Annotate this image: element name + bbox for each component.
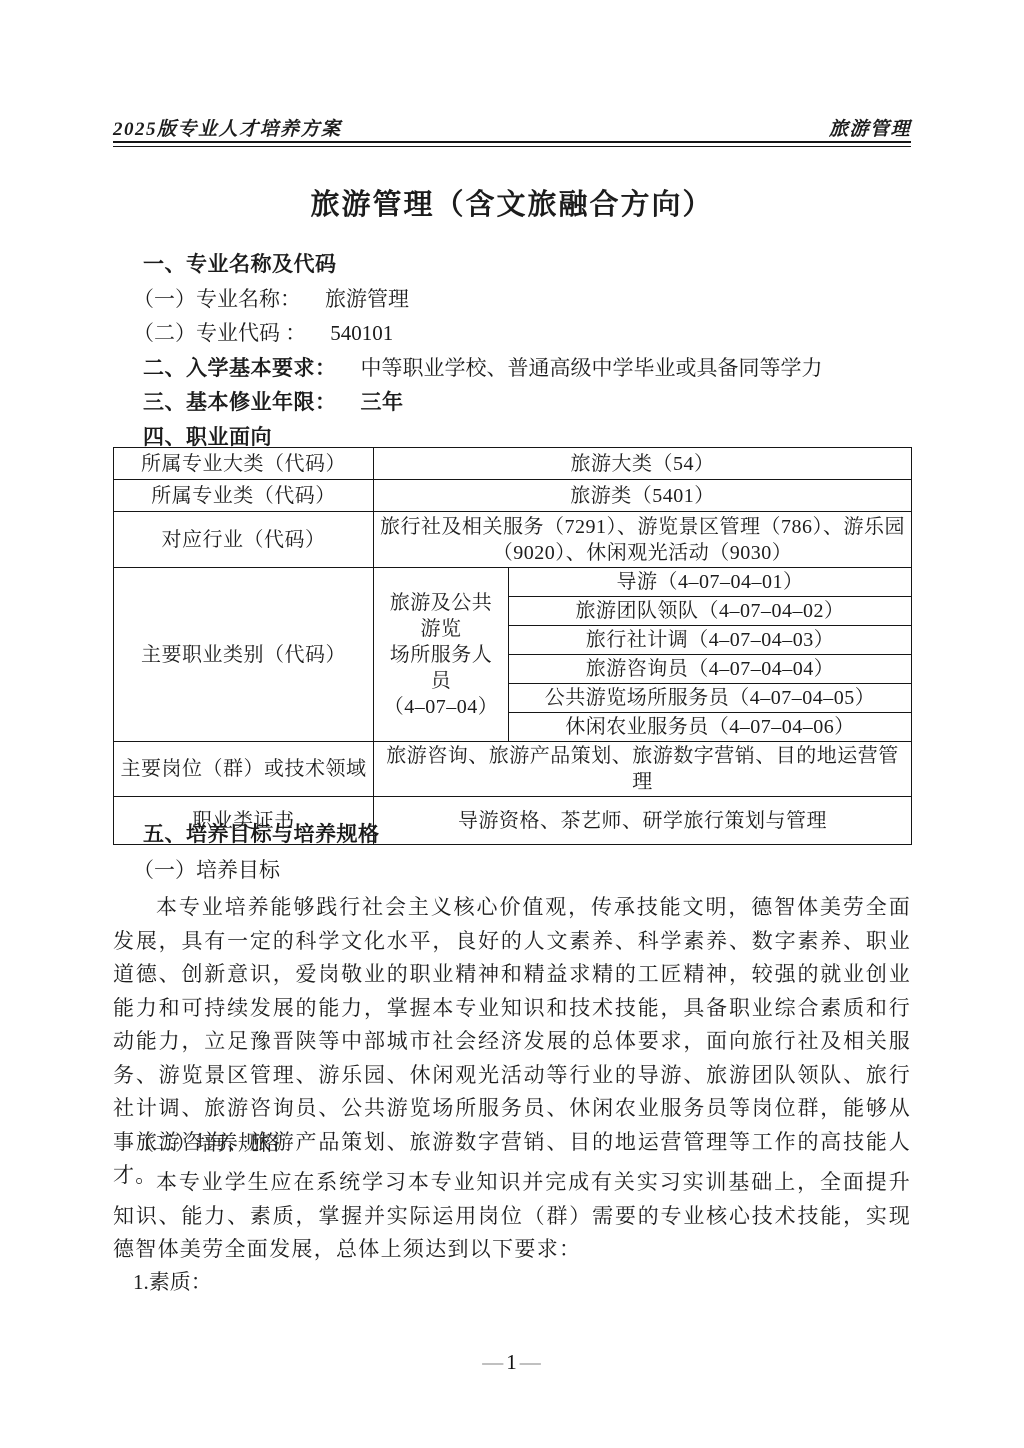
document-title: 旅游管理（含文旅融合方向） [0,182,1024,223]
major-category-value-cell: 旅游大类（54） [374,448,912,480]
category-value-cell: 旅游类（5401） [374,480,912,512]
major-code-label: （二）专业代码 ： [133,321,306,345]
major-category-label-cell: 所属专业大类（代码） [114,448,374,480]
table-row: 主要岗位（群）或技术领域 旅游咨询、旅游产品策划、旅游数字营销、目的地运营管理 [114,742,912,797]
header-double-rule [113,141,911,147]
major-name-value: 旅游管理 [325,287,409,312]
table-row: 主要职业类别（代码） 旅游及公共游览 场所服务人员 （4–07–04） 导游（4… [114,568,912,597]
occupation-item-cell: 旅行社计调（4–07–04–03） [509,626,912,655]
study-years-value: 三年 [361,390,404,415]
occupation-item-cell: 公共游览场所服务员（4–07–04–05） [509,684,912,713]
occupation-group-cell: 旅游及公共游览 场所服务人员 （4–07–04） [374,568,509,742]
occupation-item-cell: 导游（4–07–04–01） [509,568,912,597]
training-spec-subheading: （二）培养规格 [113,1131,931,1156]
table-row: 对应行业（代码） 旅行社及相关服务（7291）、游览景区管理（786）、游乐园（… [114,512,912,568]
major-name-label: （一）专业名称： [133,287,301,311]
page-number-dash: — [482,1350,504,1374]
career-orientation-table: 所属专业大类（代码） 旅游大类（54） 所属专业类（代码） 旅游类（5401） … [113,447,912,845]
occupation-group-line: 场所服务人员 [380,642,502,694]
training-goal-subheading: （一）培养目标 [113,858,931,883]
occupation-item-cell: 旅游团队领队（4–07–04–02） [509,597,912,626]
entry-requirement-value: 中等职业学校、普通高级中学毕业或具备同等学力 [361,356,823,381]
major-code-line: （二）专业代码 ：540101 [113,321,931,346]
posts-value-cell: 旅游咨询、旅游产品策划、旅游数字营销、目的地运营管理 [374,742,912,797]
section-2-line: 二、入学基本要求：中等职业学校、普通高级中学毕业或具备同等学力 [113,356,941,381]
occupation-group-line: 旅游及公共游览 [380,590,502,642]
occupation-group-line: （4–07–04） [380,694,502,720]
study-years-label: 三、基本修业年限： [143,391,337,414]
training-spec-paragraph: 本专业学生应在系统学习本专业知识并完成有关实习实训基础上，全面提升知识、能力、素… [113,1166,911,1267]
posts-label-cell: 主要岗位（群）或技术领域 [114,742,374,797]
header-right-running-title: 旅游管理 [829,114,911,141]
section-3-line: 三、基本修业年限：三年 [113,390,941,415]
occupation-item-cell: 旅游咨询员（4–07–04–04） [509,655,912,684]
page-number-footer: —1— [0,1350,1024,1375]
page-header: 2025版专业人才培养方案 旅游管理 [113,114,911,141]
section-5-heading: 五、培养目标与培养规格 [113,822,941,847]
entry-requirement-label: 二、入学基本要求： [143,357,337,380]
quality-list-item: 1.素质： [113,1270,931,1295]
section-1-heading: 一、专业名称及代码 [113,252,941,277]
occupation-item-cell: 休闲农业服务员（4–07–04–06） [509,713,912,742]
table-row: 所属专业大类（代码） 旅游大类（54） [114,448,912,480]
major-code-value: 540101 [330,321,393,346]
major-name-line: （一）专业名称：旅游管理 [113,287,931,312]
page-number-dash: — [520,1350,542,1374]
page-number: 1 [504,1350,520,1374]
category-label-cell: 所属专业类（代码） [114,480,374,512]
industry-value-cell: 旅行社及相关服务（7291）、游览景区管理（786）、游乐园（9020）、休闲观… [374,512,912,568]
industry-label-cell: 对应行业（代码） [114,512,374,568]
occupation-label-cell: 主要职业类别（代码） [114,568,374,742]
header-left-running-title: 2025版专业人才培养方案 [113,114,342,141]
table-row: 所属专业类（代码） 旅游类（5401） [114,480,912,512]
